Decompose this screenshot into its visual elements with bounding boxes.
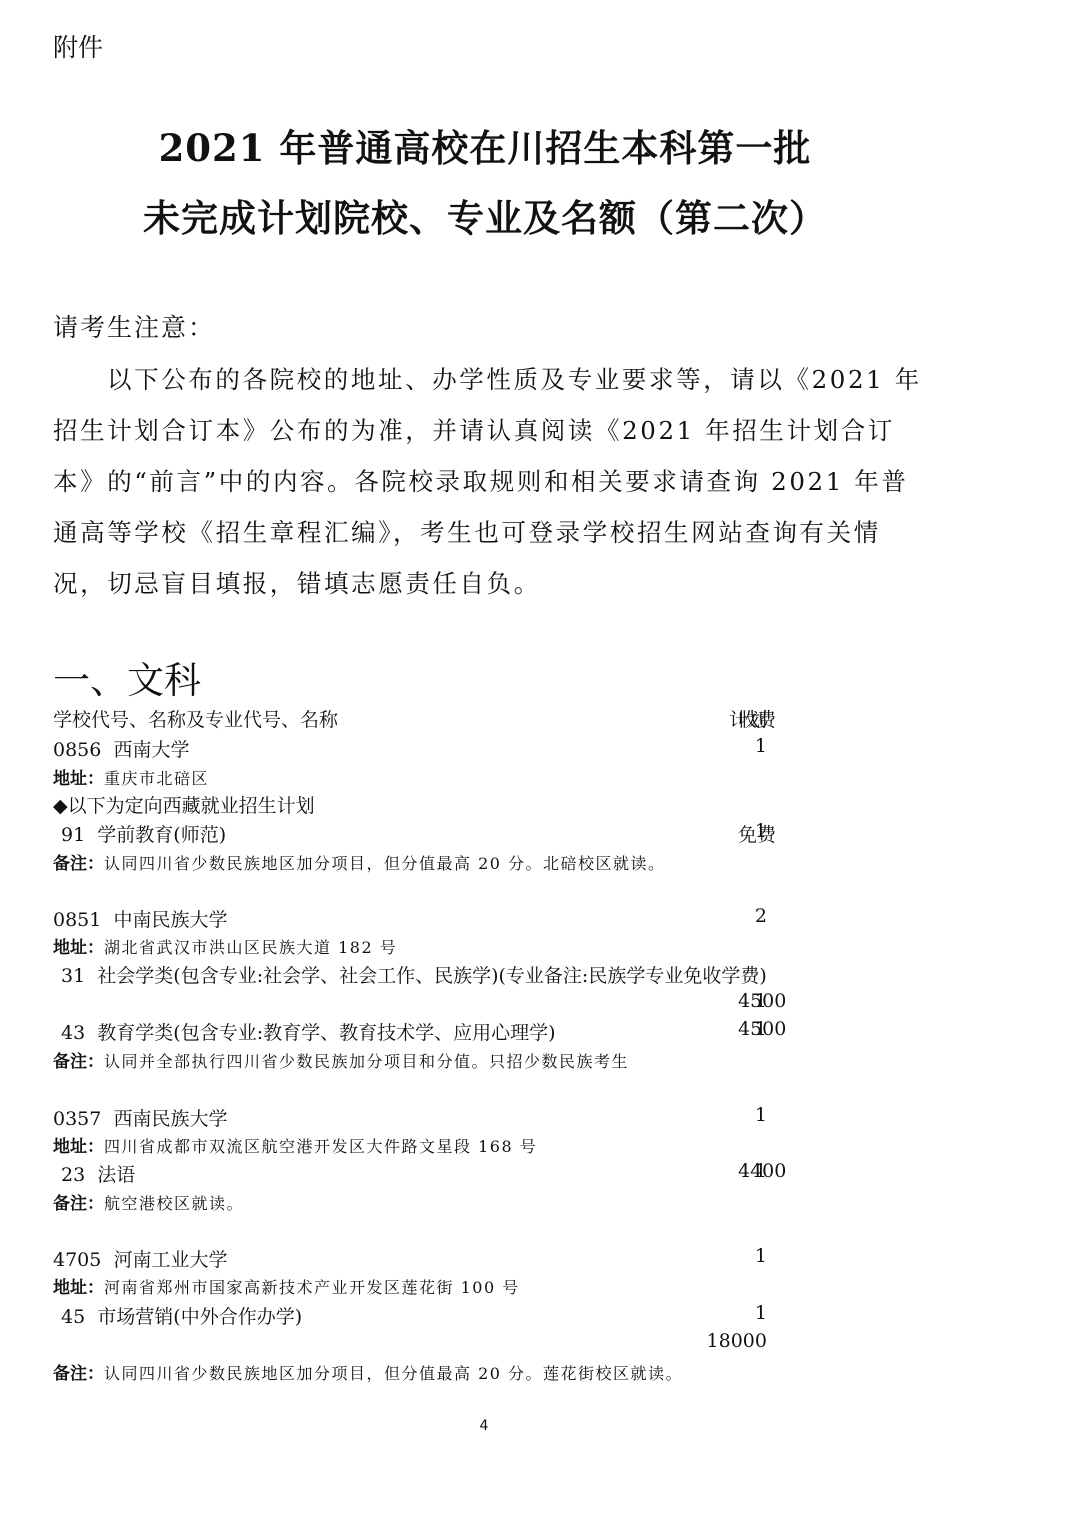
major-fee: 免费 <box>738 820 776 847</box>
page-number: 4 <box>0 1418 968 1434</box>
school-row: 0856 西南大学 1 <box>53 735 833 763</box>
address-text: 四川省成都市双流区航空港开发区大件路文星段 168 号 <box>104 1137 537 1156</box>
notice-paragraph: 以下公布的各院校的地址、办学性质及专业要求等，请以《2021 年招生计划合订本》… <box>53 354 923 609</box>
special-note-text: ◆以下为定向西藏就业招生计划 <box>53 791 315 818</box>
school-plan: 1 <box>703 735 767 757</box>
school-remark: 备注：认同四川省少数民族地区加分项目，但分值最高 20 分。北碚校区就读。 <box>53 849 833 877</box>
remark-label: 备注： <box>53 1194 104 1214</box>
major-code: 43 <box>61 1022 85 1044</box>
major-name: 社会学类(包含专业:社会学、社会工作、民族学)(专业备注:民族学专业免收学费) <box>97 965 766 987</box>
remark-text: 认同四川省少数民族地区加分项目，但分值最高 20 分。莲花街校区就读。 <box>104 1364 683 1383</box>
major-row: 31 社会学类(包含专业:社会学、社会工作、民族学)(专业备注:民族学专业免收学… <box>53 961 833 989</box>
school-row: 0851 中南民族大学 2 <box>53 905 833 933</box>
major-fee: 18000 <box>653 1330 767 1352</box>
remark-text: 认同并全部执行四川省少数民族加分项目和分值。只招少数民族考生 <box>104 1052 629 1071</box>
major-row: 91 学前教育(师范) 1 免费 <box>53 820 833 848</box>
address-label: 地址： <box>53 938 104 958</box>
school-plan: 1 <box>703 1104 767 1126</box>
school-code: 0856 <box>53 739 101 761</box>
school-name: 西南大学 <box>113 739 189 761</box>
school-remark: 备注：认同四川省少数民族地区加分项目，但分值最高 20 分。莲花街校区就读。 <box>53 1359 833 1387</box>
school-remark: 备注：认同并全部执行四川省少数民族加分项目和分值。只招少数民族考生 <box>53 1047 833 1075</box>
school-address: 地址：四川省成都市双流区航空港开发区大件路文星段 168 号 <box>53 1132 833 1160</box>
remark-text: 航空港校区就读。 <box>104 1194 244 1213</box>
school-row: 4705 河南工业大学 1 <box>53 1245 833 1273</box>
address-text: 湖北省武汉市洪山区民族大道 182 号 <box>104 938 397 957</box>
school-row: 0357 西南民族大学 1 <box>53 1104 833 1132</box>
major-code: 23 <box>61 1164 85 1186</box>
major-row-fee: 18000 <box>53 1330 833 1358</box>
major-code: 91 <box>61 824 85 846</box>
school-address: 地址：湖北省武汉市洪山区民族大道 182 号 <box>53 933 833 961</box>
school-code: 0357 <box>53 1108 101 1130</box>
address-label: 地址： <box>53 1278 104 1298</box>
major-name: 教育学类(包含专业:教育学、教育技术学、应用心理学) <box>97 1022 555 1044</box>
major-row: 43 教育学类(包含专业:教育学、教育技术学、应用心理学) 1 4500 <box>53 1018 833 1046</box>
school-code: 0851 <box>53 909 101 931</box>
remark-text: 认同四川省少数民族地区加分项目，但分值最高 20 分。北碚校区就读。 <box>104 854 666 873</box>
major-row-values: 1 4500 <box>53 990 833 1018</box>
section-title: 一、文科 <box>53 650 201 704</box>
major-fee: 4400 <box>738 1160 786 1182</box>
school-address: 地址：河南省郑州市国家高新技术产业开发区莲花街 100 号 <box>53 1273 833 1301</box>
address-text: 河南省郑州市国家高新技术产业开发区莲花街 100 号 <box>104 1278 520 1297</box>
notice-heading: 请考生注意： <box>53 308 215 344</box>
page-title-line1: 2021 年普通高校在川招生本科第一批 <box>0 118 970 172</box>
attachment-label: 附件 <box>53 28 103 64</box>
table-header: 学校代号、名称及专业代号、名称 计划 收费 <box>53 705 833 733</box>
major-row: 45 市场营销(中外合作办学) 1 <box>53 1302 833 1330</box>
remark-label: 备注： <box>53 1364 104 1384</box>
school-remark: 备注：航空港校区就读。 <box>53 1189 833 1217</box>
column-header-name: 学校代号、名称及专业代号、名称 <box>53 705 338 732</box>
school-code: 4705 <box>53 1249 101 1271</box>
address-label: 地址： <box>53 769 104 789</box>
major-name: 法语 <box>97 1164 135 1186</box>
school-name: 河南工业大学 <box>113 1249 227 1271</box>
school-plan: 2 <box>703 905 767 927</box>
school-name: 西南民族大学 <box>113 1108 227 1130</box>
major-name: 市场营销(中外合作办学) <box>97 1306 302 1328</box>
major-code: 31 <box>61 965 85 987</box>
school-address: 地址：重庆市北碚区 <box>53 764 833 792</box>
address-label: 地址： <box>53 1137 104 1157</box>
address-text: 重庆市北碚区 <box>104 769 209 788</box>
school-plan: 1 <box>703 1245 767 1267</box>
major-name: 学前教育(师范) <box>97 824 226 846</box>
major-code: 45 <box>61 1306 85 1328</box>
page-title-line2: 未完成计划院校、专业及名额（第二次） <box>0 188 970 242</box>
remark-label: 备注： <box>53 854 104 874</box>
school-name: 中南民族大学 <box>113 909 227 931</box>
major-fee: 4500 <box>738 990 786 1012</box>
column-header-fee: 收费 <box>738 705 776 732</box>
remark-label: 备注： <box>53 1052 104 1072</box>
major-plan: 1 <box>703 1302 767 1324</box>
special-note: ◆以下为定向西藏就业招生计划 <box>53 791 833 819</box>
major-fee: 4500 <box>738 1018 786 1040</box>
major-row: 23 法语 1 4400 <box>53 1160 833 1188</box>
